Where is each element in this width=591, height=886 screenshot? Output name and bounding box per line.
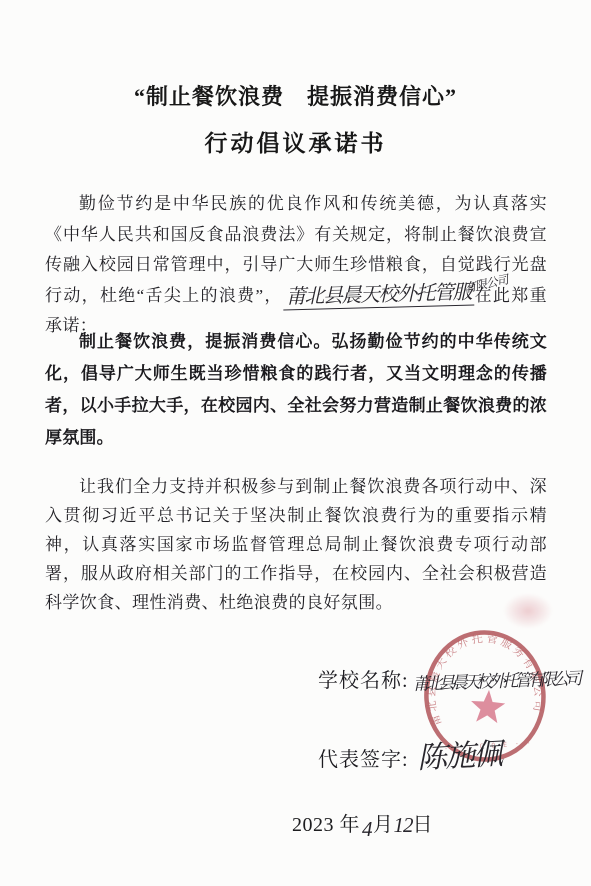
handwritten-company-fill: 莆北县晨天校外托管服有限公司 bbox=[283, 281, 474, 312]
handwritten-date-month: 4 bbox=[362, 817, 373, 841]
date-day-unit: 日 bbox=[413, 814, 434, 836]
date-month-unit: 月 bbox=[373, 814, 394, 836]
handwritten-company-fill-text: 莆北县晨天校外托管服 bbox=[282, 281, 474, 310]
handwritten-date-day: 12 bbox=[394, 813, 413, 837]
date-year: 2023 年 bbox=[292, 814, 360, 836]
scanned-pledge-document: “制止餐饮浪费 提振消费信心” 行动倡议承诺书 勤俭节约是中华民族的优良作风和传… bbox=[0, 0, 591, 886]
seal-star-icon bbox=[470, 689, 506, 724]
stamp-ink-smudge bbox=[503, 593, 553, 629]
paragraph-action: 让我们全力支持并积极参与到制止餐饮浪费各项行动中、深入贯彻习近平总书记关于坚决制… bbox=[45, 472, 547, 617]
paragraph-commitment: 制止餐饮浪费，提振消费信心。弘扬勤俭节约的中华传统文化，倡导广大师生既当珍惜粮食… bbox=[45, 326, 547, 454]
handwritten-representative-signature: 陈施佩 bbox=[415, 729, 501, 777]
school-name-label: 学校名称: bbox=[318, 670, 409, 692]
paragraph-opening: 勤俭节约是中华民族的优良作风和传统美德，为认真落实《中华人民共和国反食品浪费法》… bbox=[45, 189, 547, 342]
document-title-line1: “制止餐饮浪费 提振消费信心” bbox=[0, 80, 591, 111]
representative-signature-line: 代表签字:陈施佩 bbox=[318, 731, 501, 775]
document-title-line2: 行动倡议承诺书 bbox=[0, 125, 591, 158]
school-name-line: 学校名称:莆北县晨天校外托管有限公司 bbox=[318, 664, 580, 693]
date-line: 2023 年4月12日 bbox=[292, 808, 433, 837]
handwritten-school-name: 莆北县晨天校外托管有限公司 bbox=[412, 664, 578, 695]
representative-signature-label: 代表签字: bbox=[318, 749, 409, 771]
